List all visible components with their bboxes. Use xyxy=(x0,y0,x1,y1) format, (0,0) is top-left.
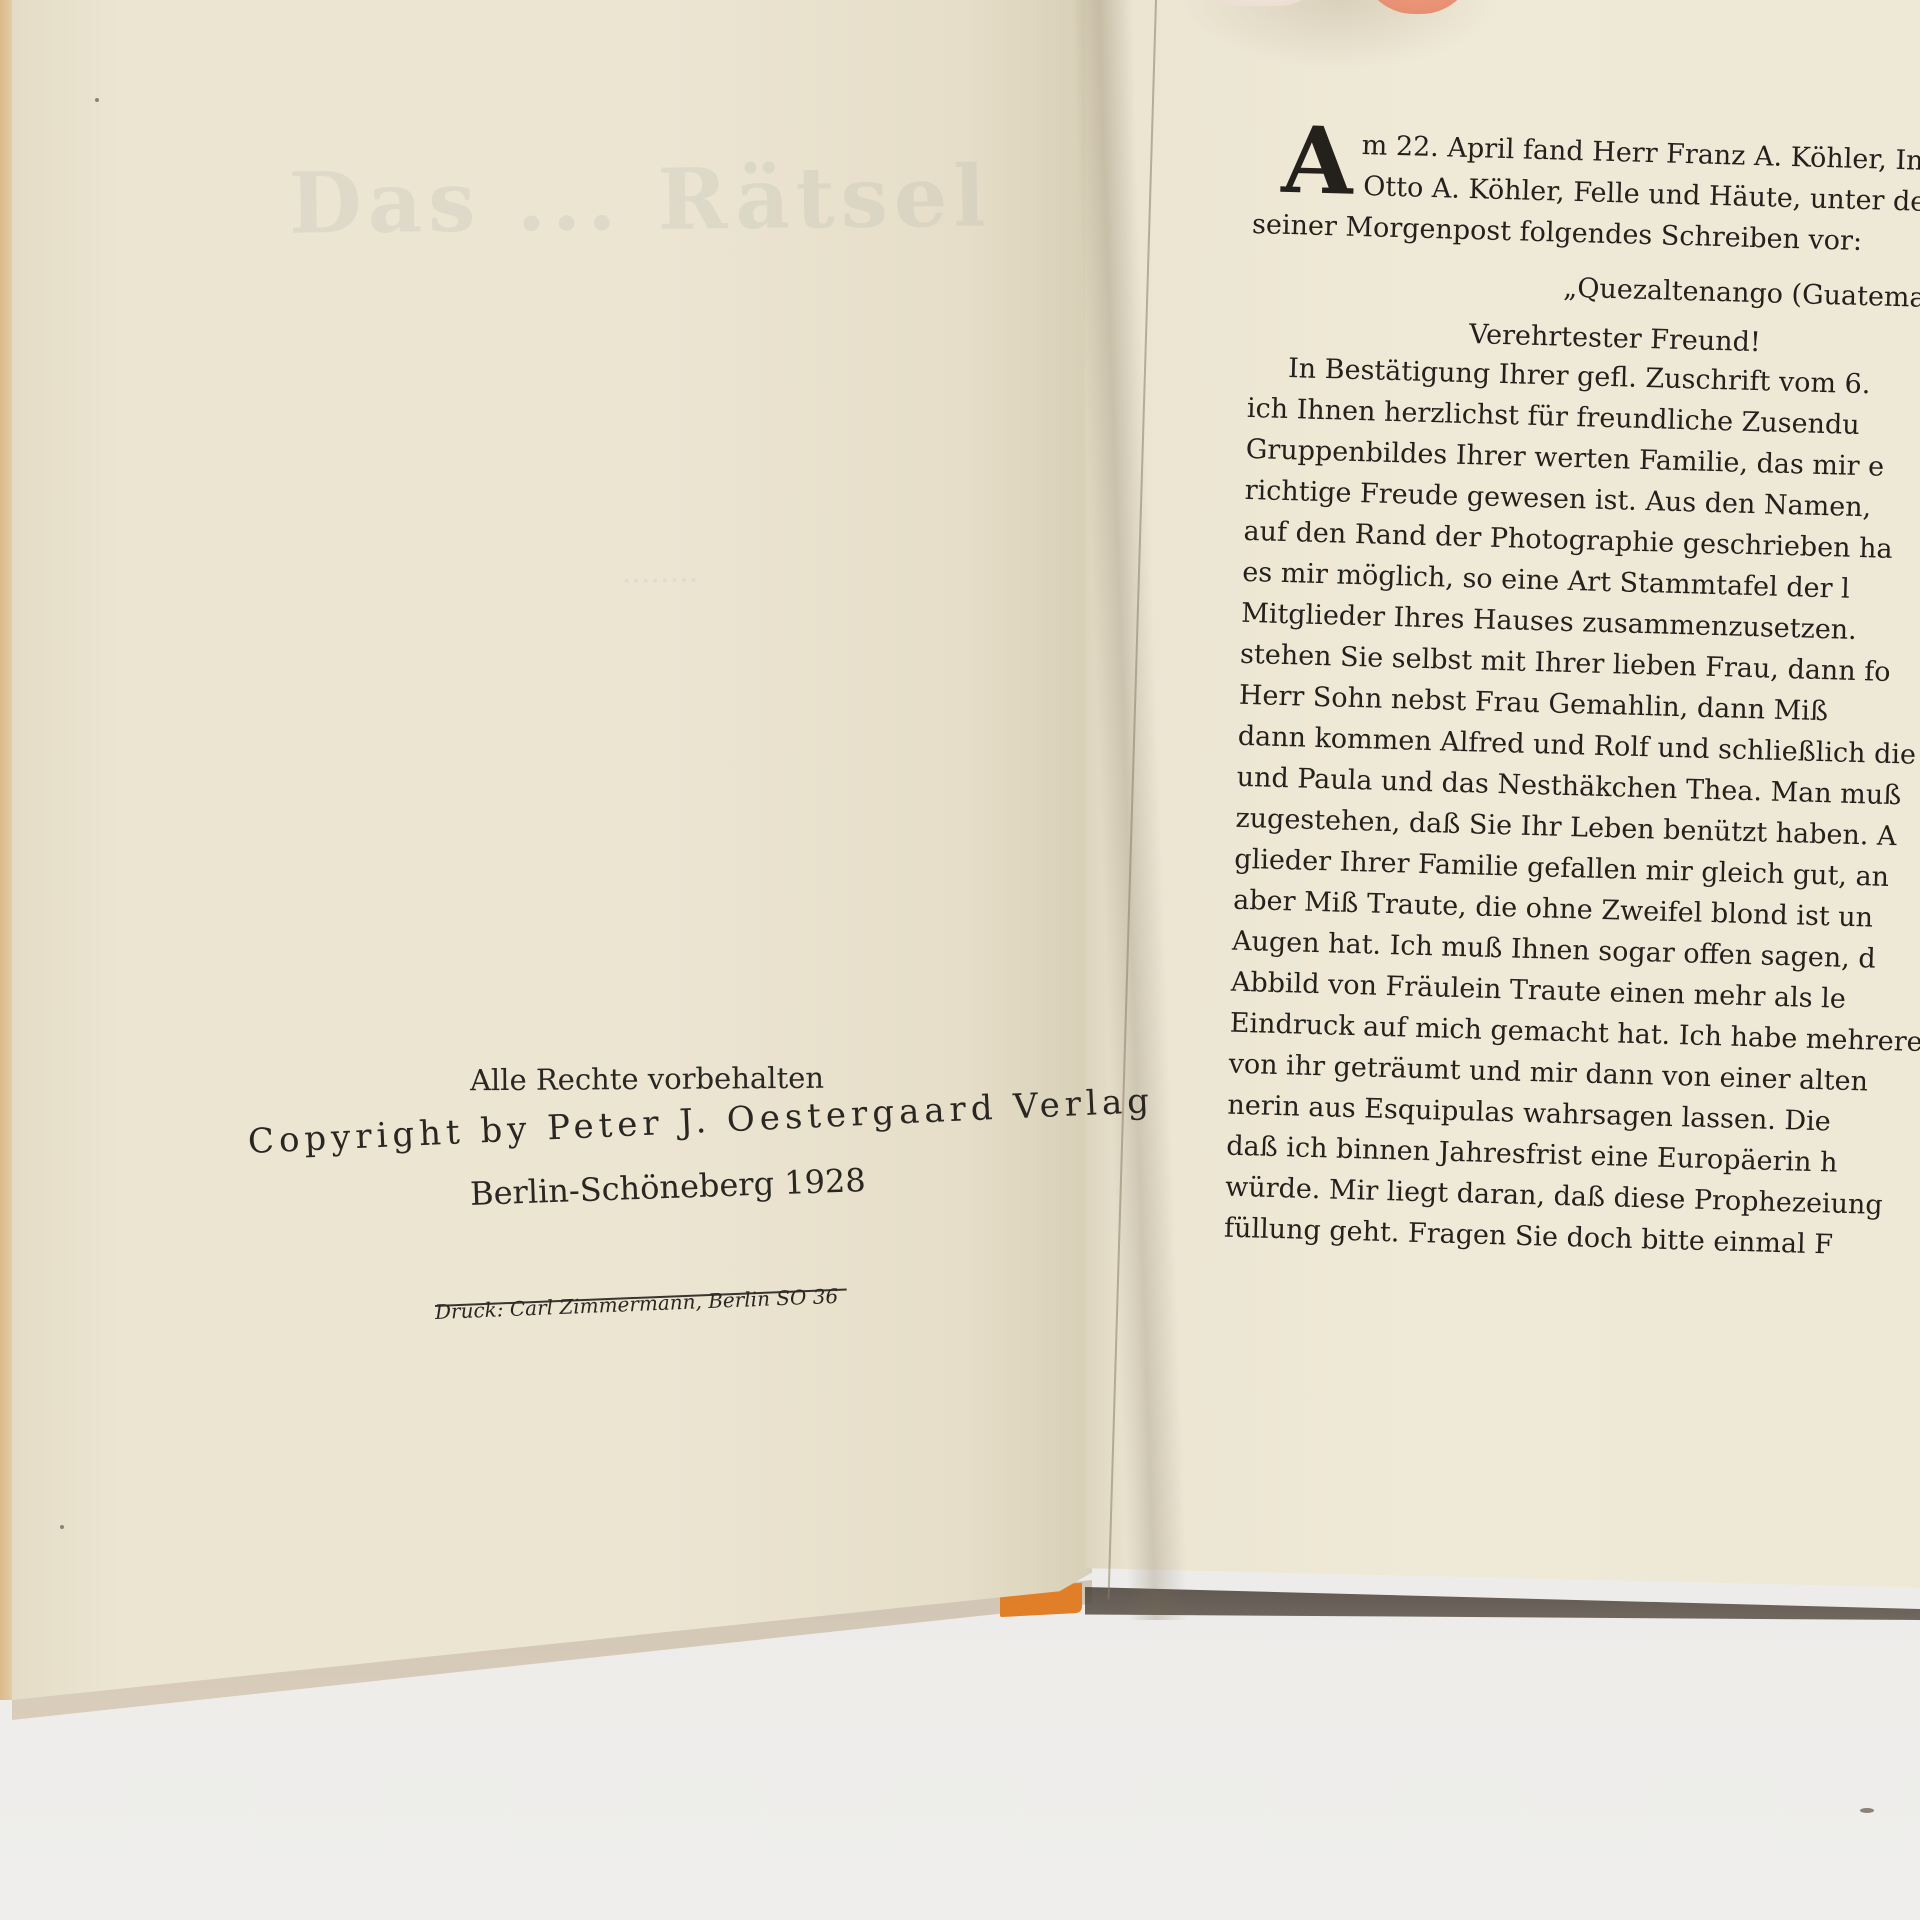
bleed-through-subtitle: ........ xyxy=(460,553,860,592)
left-page xyxy=(12,0,1092,1700)
right-page-body: Am 22. April fand Herr Franz A. Köhler, … xyxy=(1224,122,1920,1268)
table-speck xyxy=(1860,1808,1874,1813)
bleed-through-title: Das ... Rätsel xyxy=(260,146,1021,253)
photo-scene: Das ... Rätsel ........ Alle Rechte vorb… xyxy=(0,0,1920,1920)
rights-notice: Alle Rechte vorbehalten xyxy=(470,1061,824,1097)
paper-speck xyxy=(60,1525,64,1529)
drop-cap: A xyxy=(1281,123,1354,199)
book-cover-edge xyxy=(0,0,14,1700)
paper-speck xyxy=(95,98,99,102)
finger-shadow xyxy=(1180,0,1500,70)
